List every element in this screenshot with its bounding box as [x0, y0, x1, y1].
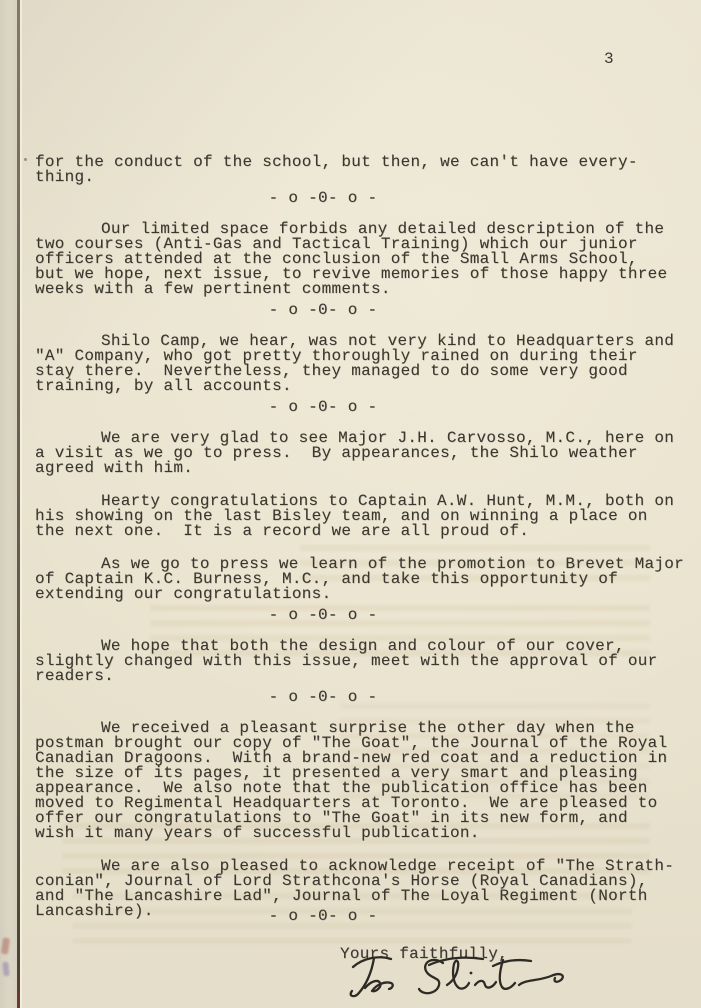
- text-line: Lancashire).: [35, 902, 154, 920]
- text-line: weeks with a few pertinent comments.: [35, 282, 653, 297]
- paragraph: Hearty congratulations to Captain A.W. H…: [35, 494, 653, 539]
- page: 3 for the conduct of the school, but the…: [0, 0, 701, 1008]
- text-line: extending our congratulations.: [35, 587, 653, 602]
- text-line-with-divider: Lancashire).- o -0- o -: [35, 904, 653, 919]
- section-divider: - o -0- o -: [14, 303, 632, 318]
- signature-text: The Editor: [35, 1003, 36, 1004]
- section-divider: - o -0- o -: [269, 909, 378, 924]
- section-divider: - o -0- o -: [14, 400, 632, 415]
- editor-signature: [343, 949, 578, 1003]
- paragraph: We hope that both the design and colour …: [35, 639, 653, 684]
- section-divider: - o -0- o -: [14, 608, 632, 623]
- text-line: the next one. It is a record we are all …: [35, 524, 653, 539]
- text-line: thing.: [35, 170, 653, 185]
- paragraph: We are very glad to see Major J.H. Carvo…: [35, 431, 653, 476]
- text-line: slightly changed with this issue, meet w…: [35, 654, 653, 669]
- section-divider: - o -0- o -: [14, 191, 632, 206]
- binding-edge: [0, 0, 17, 1008]
- paragraph: for the conduct of the school, but then,…: [35, 155, 653, 185]
- paragraph: We are also pleased to acknowledge recei…: [35, 859, 653, 904]
- paragraph: We received a pleasant surprise the othe…: [35, 721, 653, 841]
- paper-speck: [24, 158, 27, 161]
- text-line: for the conduct of the school, but then,…: [35, 155, 653, 170]
- section-divider: - o -0- o -: [14, 690, 632, 705]
- paragraph: Shilo Camp, we hear, was not very kind t…: [35, 334, 653, 394]
- paragraph: As we go to press we learn of the promot…: [35, 557, 653, 602]
- text-line: readers.: [35, 669, 653, 684]
- text-line: training, by all accounts.: [35, 379, 653, 394]
- page-number: 3: [604, 51, 614, 67]
- text-line: agreed with him.: [35, 461, 653, 476]
- binding-edge-highlight: [20, 0, 22, 1008]
- page-body: for the conduct of the school, but then,…: [35, 110, 653, 1003]
- text-line: wish it many years of successful publica…: [35, 826, 653, 841]
- paragraph: Our limited space forbids any detailed d…: [35, 222, 653, 297]
